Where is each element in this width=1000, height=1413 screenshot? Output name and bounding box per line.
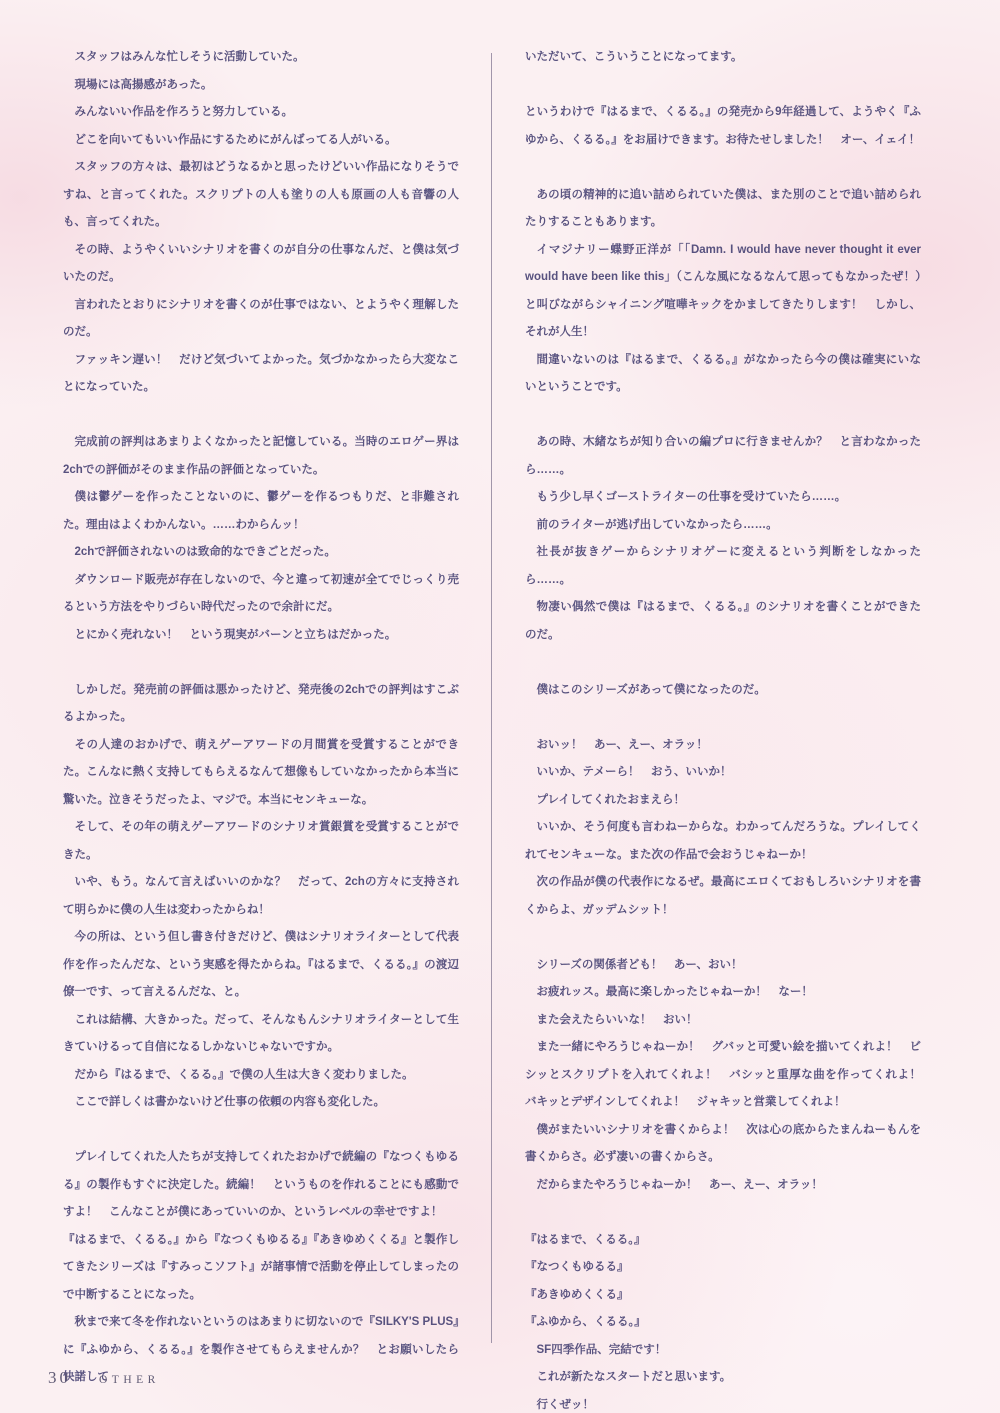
paragraph: プレイしてくれたおまえら！ [525,787,921,815]
paragraph: プレイしてくれた人たちが支持してくれたおかげで続編の『なつくもゆるる』の製作もす… [63,1144,459,1227]
paragraph: だからまたやろうじゃねーか！ あー、えー、オラッ！ [525,1172,921,1200]
paragraph: 2chで評価されないのは致命的なできごとだった。 [63,539,459,567]
paragraph: その時、ようやくいいシナリオを書くのが自分の仕事なんだ、と僕は気づいたのだ。 [63,237,459,292]
paragraph: 僕がまたいいシナリオを書くからよ！ 次は心の底からたまんねーもんを書くからさ。必… [525,1117,921,1172]
paragraph: 今の所は、という但し書き付きだけど、僕はシナリオライターとして代表作を作ったんだ… [63,924,459,1007]
paragraph: ここで詳しくは書かないけど仕事の依頼の内容も変化した。 [63,1089,459,1117]
paragraph: 言われたとおりにシナリオを書くのが仕事ではない、とようやく理解したのだ。 [63,292,459,347]
paragraph: また会えたらいいな！ おい！ [525,1007,921,1035]
column-divider [491,53,492,1343]
paragraph: これは結構、大きかった。だって、そんなもんシナリオライターとして生きていけるって… [63,1007,459,1062]
paragraph: スタッフの方々は、最初はどうなるかと思ったけどいい作品になりそうですね、と言って… [63,154,459,237]
paragraph: イマジナリー蝶野正洋が「「Damn. I would have never th… [525,237,921,347]
paragraph: ダウンロード販売が存在しないので、今と違って初速が全てでじっくり売るという方法を… [63,567,459,622]
paragraph: 行くぜッ！ [525,1392,921,1413]
paragraph: SF四季作品、完結です！ [525,1337,921,1365]
page-footer: 30OTHER [48,1368,160,1388]
paragraph: とにかく売れない！ という現実がバーンと立ちはだかった。 [63,622,459,650]
paragraph: 『あきゆめくくる』 [525,1282,921,1310]
paragraph: その人達のおかげで、萌えゲーアワードの月間賞を受賞することができた。こんなに熱く… [63,732,459,815]
section-label: OTHER [99,1374,160,1386]
paragraph: 現場には高揚感があった。 [63,72,459,100]
paragraph: あの頃の精神的に追い詰められていた僕は、また別のことで追い詰められたりすることも… [525,182,921,237]
paragraph: シリーズの関係者ども！ あー、おい！ [525,952,921,980]
paragraph: 次の作品が僕の代表作になるぜ。最高にエロくておもしろいシナリオを書くからよ、ガッ… [525,869,921,924]
paragraph: お疲れッス。最高に楽しかったじゃねーか！ なー！ [525,979,921,1007]
paragraph: いいか、テメーら！ おう、いいか！ [525,759,921,787]
paragraph: また一緒にやろうじゃねーか！ グバッと可愛い絵を描いてくれよ！ ビシッとスクリプ… [525,1034,921,1117]
paragraph: 僕はこのシリーズがあって僕になったのだ。 [525,677,921,705]
paragraph: 前のライターが逃げ出していなかったら……。 [525,512,921,540]
paragraph: あの時、木緒なちが知り合いの編プロに行きませんか？ と言わなかったら……。 [525,429,921,484]
left-text-column: スタッフはみんな忙しそうに活動していた。現場には高揚感があった。みんないい作品を… [63,44,459,1392]
paragraph: というわけで『はるまで、くるる。』の発売から9年経過して、ようやく『ふゆから、く… [525,99,921,154]
paragraph: みんないい作品を作ろうと努力している。 [63,99,459,127]
paragraph: 間違いないのは『はるまで、くるる。』がなかったら今の僕は確実にいないということで… [525,347,921,402]
paragraph: 『なつくもゆるる』 [525,1254,921,1282]
right-text-column: いただいて、こういうことになってます。というわけで『はるまで、くるる。』の発売か… [525,44,921,1413]
paragraph: 社長が抜きゲーからシナリオゲーに変えるという判断をしなかったら……。 [525,539,921,594]
page-number: 30 [48,1368,71,1387]
paragraph: もう少し早くゴーストライターの仕事を受けていたら……。 [525,484,921,512]
paragraph: ファッキン遅い！ だけど気づいてよかった。気づかなかったら大変なことになっていた… [63,347,459,402]
paragraph: 『ふゆから、くるる。』 [525,1309,921,1337]
paragraph: しかしだ。発売前の評価は悪かったけど、発売後の2chでの評判はすこぶるよかった。 [63,677,459,732]
paragraph: いいか、そう何度も言わねーからな。わかってんだろうな。プレイしてくれてセンキュー… [525,814,921,869]
paragraph: だから『はるまで、くるる。』で僕の人生は大きく変わりました。 [63,1062,459,1090]
paragraph: 完成前の評判はあまりよくなかったと記憶している。当時のエロゲー界は2chでの評価… [63,429,459,484]
paragraph: 『はるまで、くるる。』 [525,1227,921,1255]
paragraph: おいッ！ あー、えー、オラッ！ [525,732,921,760]
paragraph: いや、もう。なんて言えばいいのかな？ だって、2chの方々に支持されて明らかに僕… [63,869,459,924]
paragraph: そして、その年の萌えゲーアワードのシナリオ賞銀賞を受賞することができた。 [63,814,459,869]
paragraph: 僕は鬱ゲーを作ったことないのに、鬱ゲーを作るつもりだ、と非難された。理由はよくわ… [63,484,459,539]
paragraph: これが新たなスタートだと思います。 [525,1364,921,1392]
paragraph: どこを向いてもいい作品にするためにがんばってる人がいる。 [63,127,459,155]
paragraph: いただいて、こういうことになってます。 [525,44,921,72]
document-page: スタッフはみんな忙しそうに活動していた。現場には高揚感があった。みんないい作品を… [0,0,1000,1413]
paragraph: 物凄い偶然で僕は『はるまで、くるる。』のシナリオを書くことができたのだ。 [525,594,921,649]
paragraph: スタッフはみんな忙しそうに活動していた。 [63,44,459,72]
paragraph: 『はるまで、くるる。』から『なつくもゆるる』『あきゆめくくる』と製作してきたシリ… [63,1227,459,1310]
